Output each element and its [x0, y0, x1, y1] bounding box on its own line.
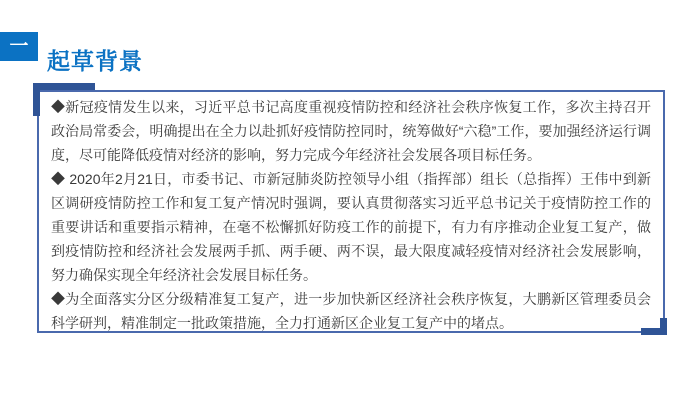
section-title: 起草背景 [47, 47, 143, 76]
section-number-label: 一 [9, 37, 28, 56]
bullet-paragraph: ◆新冠疫情发生以来，习近平总书记高度重视疫情防控和经济社会秩序恢复工作，多次主持… [51, 95, 651, 167]
bullet-paragraph: ◆为全面落实分区分级精准复工复产，进一步加快新区经济社会秩序恢复，大鹏新区管理委… [51, 287, 651, 335]
bullet-paragraph: ◆ 2020年2月21日，市委书记、市新冠肺炎防控领导小组（指挥部）组长（总指挥… [51, 167, 651, 287]
slide: 一 起草背景 ◆新冠疫情发生以来，习近平总书记高度重视疫情防控和经济社会秩序恢复… [0, 0, 700, 393]
section-number-badge: 一 [0, 32, 38, 61]
content-box: ◆新冠疫情发生以来，习近平总书记高度重视疫情防控和经济社会秩序恢复工作，多次主持… [37, 90, 665, 333]
